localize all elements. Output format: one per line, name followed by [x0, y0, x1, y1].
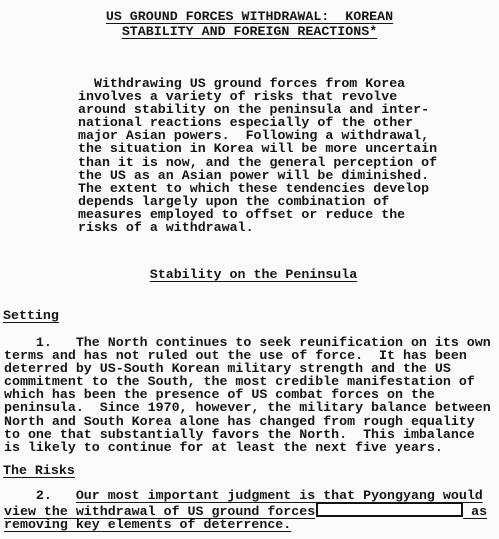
paragraph-2-judgment: 2. Our most important judgment is that P…	[4, 489, 487, 531]
section-heading-stability-text: Stability on the Peninsula	[150, 267, 357, 282]
paragraph-1-setting: 1. The North continues to seek reunifica…	[4, 336, 491, 454]
paragraph-2-line-1: Our most important judgment is that Pyon…	[76, 488, 483, 503]
subheading-the-risks: The Risks	[3, 464, 75, 477]
paragraph-2-number: 2.	[4, 488, 76, 503]
document-page: US GROUND FORCES WITHDRAWAL: KOREANSTABI…	[0, 0, 499, 539]
title-line-1: US GROUND FORCES WITHDRAWAL: KOREAN	[106, 9, 393, 24]
summary-paragraph: Withdrawing US ground forces from Korea …	[78, 77, 437, 234]
paragraph-2-line-3: removing key elements of deterrence.	[4, 517, 291, 532]
section-heading-stability: Stability on the Peninsula	[8, 268, 499, 281]
subheading-setting-text: Setting	[3, 308, 59, 323]
title-line-2: STABILITY AND FOREIGN REACTIONS*	[122, 24, 377, 39]
paragraph-2-line-2-suffix: as	[463, 504, 487, 519]
subheading-the-risks-text: The Risks	[3, 463, 75, 478]
subheading-setting: Setting	[3, 309, 59, 322]
redaction-box	[316, 502, 463, 517]
document-title: US GROUND FORCES WITHDRAWAL: KOREANSTABI…	[0, 9, 499, 39]
